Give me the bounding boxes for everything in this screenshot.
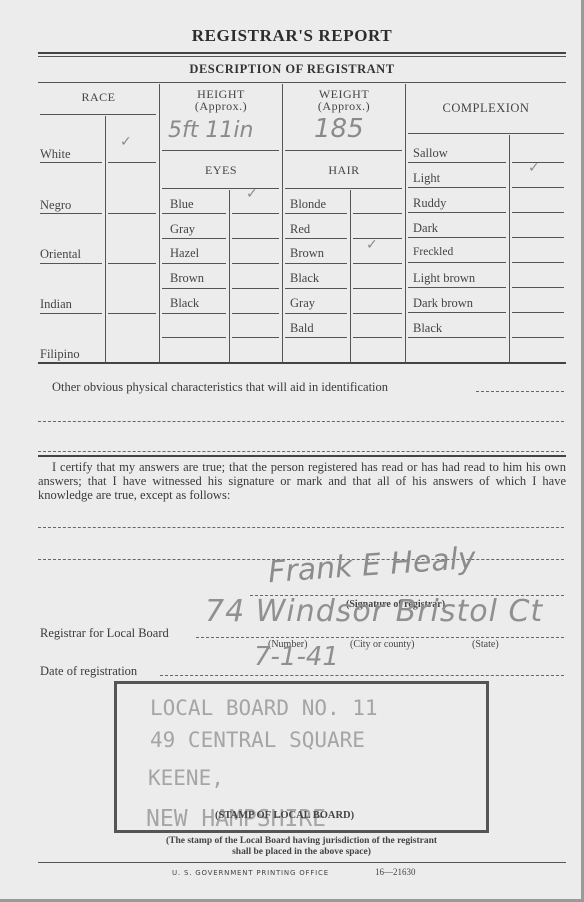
weight-sub: (Approx.) — [283, 100, 405, 112]
complexion-option-light: Light — [413, 171, 440, 186]
hair-option-red: Red — [290, 222, 310, 237]
race-option-oriental: Oriental — [40, 247, 81, 262]
grid-divider — [229, 190, 230, 362]
grid-divider — [350, 190, 351, 362]
eyes-check-blue[interactable]: ✓ — [246, 186, 258, 202]
row-rule — [162, 263, 226, 264]
grid-divider — [405, 84, 406, 362]
height-sub: (Approx.) — [160, 100, 282, 112]
row-rule — [512, 337, 564, 338]
complexion-option-black: Black — [413, 321, 442, 336]
row-rule — [353, 288, 402, 289]
hair-option-black: Black — [290, 271, 319, 286]
row-rule — [108, 162, 156, 163]
eyes-option-blue: Blue — [170, 197, 194, 212]
complexion-option-light-brown: Light brown — [413, 271, 475, 286]
hair-header-rule — [285, 188, 402, 189]
draft-registration-card: REGISTRAR'S REPORT DESCRIPTION OF REGIST… — [0, 0, 584, 902]
row-rule — [232, 213, 279, 214]
row-rule — [40, 263, 102, 264]
eyes-option-black: Black — [170, 296, 199, 311]
complexion-option-dark: Dark — [413, 221, 438, 236]
row-rule — [40, 213, 102, 214]
complexion-option-sallow: Sallow — [413, 146, 448, 161]
row-rule — [285, 313, 347, 314]
weight-value[interactable]: 185 — [314, 114, 364, 144]
row-rule — [40, 162, 102, 163]
hair-header: HAIR — [283, 164, 405, 176]
title-rule — [38, 52, 566, 54]
registrar-signature[interactable]: Frank E Healy — [267, 541, 477, 590]
eyes-option-brown: Brown — [170, 271, 204, 286]
document-title: REGISTRAR'S REPORT — [0, 26, 584, 46]
row-rule — [512, 237, 564, 238]
height-rule — [162, 150, 279, 151]
row-rule — [512, 287, 564, 288]
row-rule — [353, 263, 402, 264]
row-rule — [162, 238, 226, 239]
other-characteristics-field-3[interactable] — [38, 451, 564, 452]
height-value[interactable]: 5ft 11in — [168, 118, 253, 143]
grid-divider — [159, 84, 160, 362]
row-rule — [162, 213, 226, 214]
row-rule — [162, 288, 226, 289]
eyes-header: EYES — [160, 164, 282, 176]
row-rule — [408, 262, 506, 263]
row-rule — [353, 337, 402, 338]
local-board-line — [196, 637, 564, 638]
stamp-note-line-2: shall be placed in the above space) — [114, 847, 489, 857]
row-rule — [162, 337, 226, 338]
row-rule — [232, 263, 279, 264]
stamp-line-3: KEENE, — [148, 766, 224, 790]
stamp-line-2: 49 CENTRAL SQUARE — [150, 728, 365, 752]
hair-option-blonde: Blonde — [290, 197, 326, 212]
footer-form-number: 16—21630 — [375, 867, 416, 877]
local-board-value[interactable]: 74 Windsor Bristol Ct — [205, 594, 543, 629]
exceptions-field-1[interactable] — [38, 527, 564, 528]
local-board-city-caption: (City or county) — [350, 639, 414, 650]
row-rule — [232, 313, 279, 314]
row-rule — [285, 337, 347, 338]
eyes-header-rule — [162, 188, 279, 189]
grid-divider — [282, 84, 283, 362]
eyes-option-gray: Gray — [170, 222, 195, 237]
date-registration-value[interactable]: 7-1-41 — [254, 642, 339, 672]
stamp-note-line-1: (The stamp of the Local Board having jur… — [114, 836, 489, 846]
race-header-rule — [40, 114, 156, 115]
row-rule — [408, 312, 506, 313]
row-rule — [162, 313, 226, 314]
row-rule — [108, 263, 156, 264]
race-option-filipino: Filipino — [40, 347, 80, 362]
row-rule — [512, 187, 564, 188]
row-rule — [408, 162, 506, 163]
section-rule — [38, 455, 566, 457]
local-board-label: Registrar for Local Board — [40, 626, 169, 640]
hair-option-brown: Brown — [290, 246, 324, 261]
row-rule — [512, 212, 564, 213]
section-subtitle: DESCRIPTION OF REGISTRANT — [0, 62, 584, 77]
footer-rule — [38, 862, 566, 863]
row-rule — [285, 263, 347, 264]
complexion-option-freckled: Freckled — [413, 246, 453, 258]
row-rule — [108, 313, 156, 314]
stamp-caption: (STAMP OF LOCAL BOARD) — [215, 810, 354, 821]
complexion-header: COMPLEXION — [406, 102, 566, 114]
other-characteristics-field-2[interactable] — [38, 421, 564, 422]
row-rule — [353, 313, 402, 314]
certification-text: I certify that my answers are true; that… — [38, 460, 566, 502]
grid-divider — [509, 135, 510, 362]
hair-option-gray: Gray — [290, 296, 315, 311]
stamp-line-1: LOCAL BOARD NO. 11 — [150, 696, 378, 720]
row-rule — [512, 312, 564, 313]
complexion-header-rule — [408, 133, 564, 134]
subtitle-rule — [38, 82, 566, 83]
row-rule — [285, 213, 347, 214]
row-rule — [285, 288, 347, 289]
row-rule — [408, 287, 506, 288]
footer-printer: U. S. GOVERNMENT PRINTING OFFICE — [172, 869, 329, 877]
row-rule — [512, 262, 564, 263]
race-option-negro: Negro — [40, 198, 71, 213]
row-rule — [232, 238, 279, 239]
grid-divider — [105, 116, 106, 362]
row-rule — [285, 238, 347, 239]
other-characteristics-field[interactable] — [476, 391, 564, 392]
date-registration-label: Date of registration — [40, 664, 137, 678]
grid-bottom-rule — [38, 362, 566, 364]
row-rule — [40, 313, 102, 314]
race-header: RACE — [38, 91, 159, 103]
other-characteristics-label: Other obvious physical characteristics t… — [52, 380, 388, 394]
row-rule — [408, 237, 506, 238]
complexion-option-dark-brown: Dark brown — [413, 296, 473, 311]
hair-option-bald: Bald — [290, 321, 314, 336]
race-option-white: White — [40, 147, 71, 162]
complexion-check-light[interactable]: ✓ — [528, 160, 540, 176]
row-rule — [408, 212, 506, 213]
local-board-state-caption: (State) — [472, 639, 499, 650]
row-rule — [108, 213, 156, 214]
complexion-option-ruddy: Ruddy — [413, 196, 446, 211]
hair-check-brown[interactable]: ✓ — [366, 237, 378, 253]
eyes-option-hazel: Hazel — [170, 246, 199, 261]
row-rule — [232, 288, 279, 289]
weight-rule — [285, 150, 402, 151]
race-check-white[interactable]: ✓ — [120, 134, 132, 150]
title-rule-2 — [38, 56, 566, 57]
row-rule — [408, 337, 506, 338]
row-rule — [408, 187, 506, 188]
date-registration-line — [160, 675, 564, 676]
row-rule — [353, 213, 402, 214]
row-rule — [232, 337, 279, 338]
race-option-indian: Indian — [40, 297, 72, 312]
